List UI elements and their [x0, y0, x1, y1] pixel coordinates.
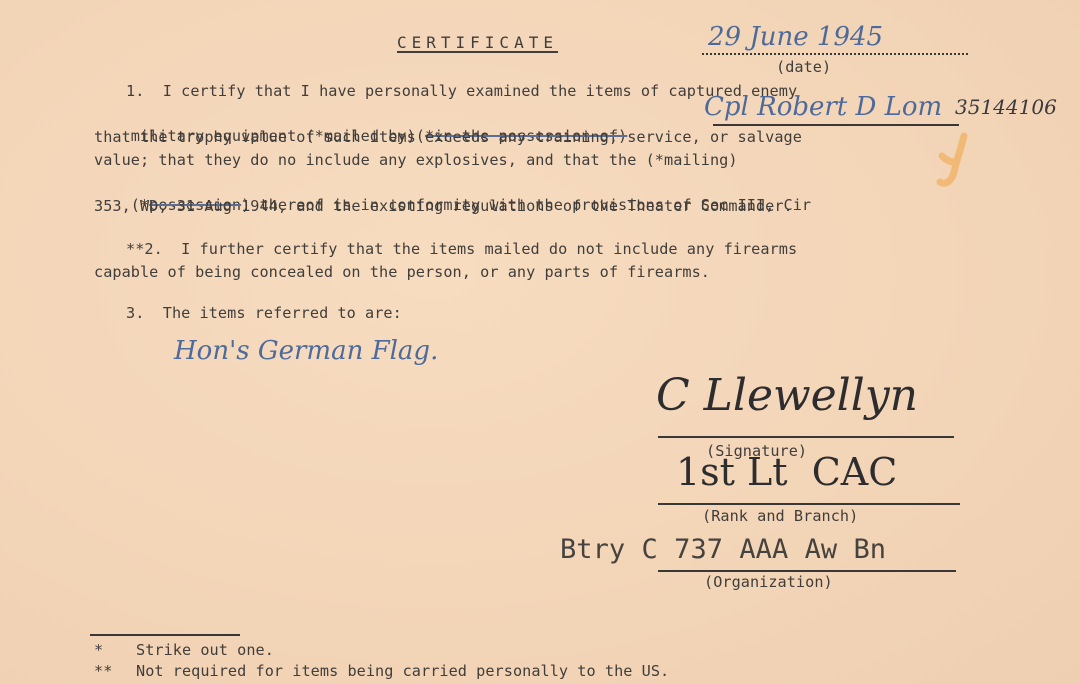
paragraph-1-line-3: that the trophy value of such items exce…	[94, 126, 802, 148]
paragraph-1-line-4: value; that they do no include any explo…	[94, 149, 738, 171]
date-handwritten: 29 June 1945	[708, 22, 883, 52]
paragraph-1-line-6: 353, WD, 31 Aug 1944, and the existing r…	[94, 195, 793, 217]
certificate-document: CERTIFICATE 29 June 1945 (date) 1. I cer…	[0, 0, 1080, 684]
paragraph-1-line-1: 1. I certify that I have personally exam…	[126, 80, 797, 102]
handwritten-serial: 35144106	[955, 95, 1057, 119]
rank-branch-label: (Rank and Branch)	[702, 505, 858, 527]
signature-handwritten: C Llewellyn	[656, 370, 918, 421]
date-label: (date)	[776, 56, 831, 78]
organization-value: Btry C 737 AAA Aw Bn	[560, 534, 886, 566]
footnote-1-text: Strike out one.	[136, 639, 274, 661]
paragraph-2-line-2: capable of being concealed on the person…	[94, 261, 710, 283]
date-line	[702, 53, 968, 55]
orange-crayon-mark	[934, 132, 970, 192]
handwritten-name: Cpl Robert D Lom	[704, 92, 942, 122]
footnote-divider	[90, 634, 240, 636]
page-title: CERTIFICATE	[397, 32, 558, 54]
paragraph-3-label: 3. The items referred to are:	[126, 302, 402, 324]
footnote-2-mark: **	[94, 660, 112, 682]
signature-line	[658, 436, 954, 438]
organization-label: (Organization)	[704, 571, 833, 593]
footnote-1-mark: *	[94, 639, 103, 661]
rank-branch-handwritten: 1st Lt CAC	[676, 450, 897, 494]
footnote-2-text: Not required for items being carried per…	[136, 660, 669, 682]
paragraph-2-line-1: **2. I further certify that the items ma…	[126, 238, 797, 260]
items-handwritten: Hon's German Flag.	[174, 336, 438, 366]
